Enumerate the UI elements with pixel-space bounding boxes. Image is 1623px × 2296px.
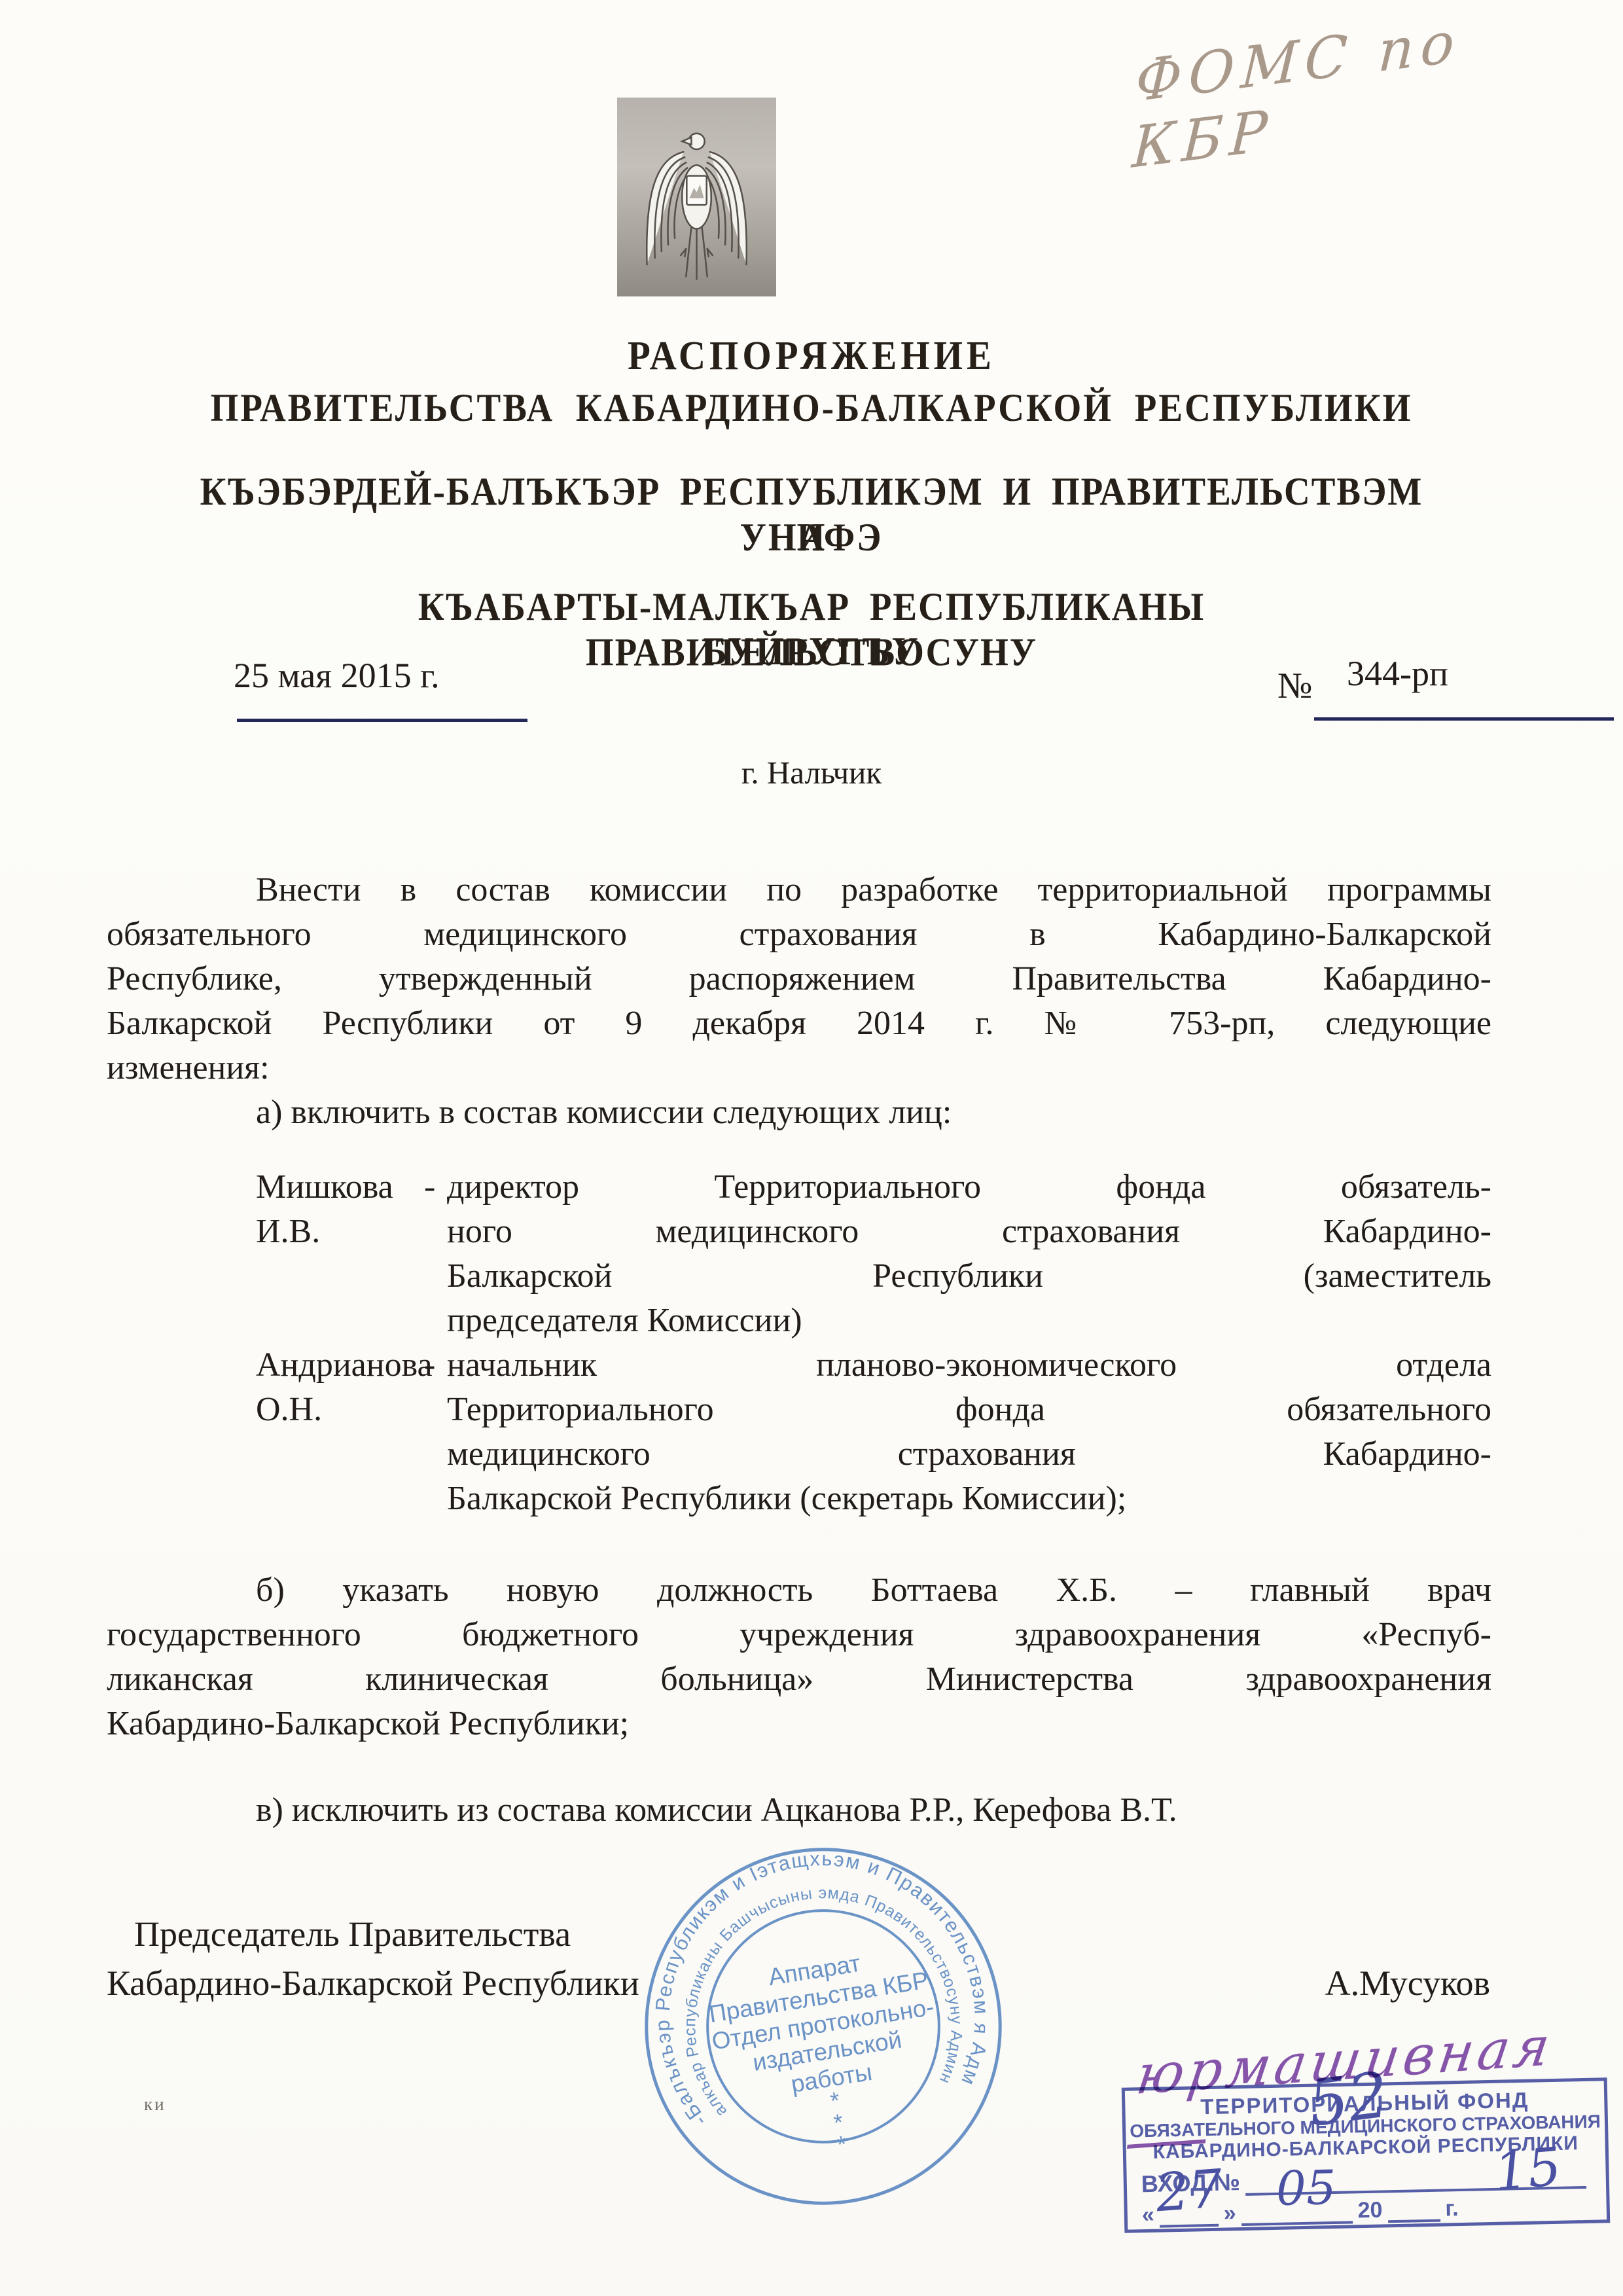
number-underline bbox=[1314, 717, 1614, 721]
member-desc-line: Территориального фонда обязательного bbox=[447, 1388, 1491, 1432]
member-desc-line: директор Территориального фонда обязател… bbox=[447, 1165, 1491, 1210]
clause-b-paragraph: б) указать новую должность Боттаева Х.Б.… bbox=[107, 1568, 1491, 1746]
document-title-org: ПРАВИТЕЛЬСТВА КАБАРДИНО-БАЛКАРСКОЙ РЕСПУ… bbox=[190, 385, 1433, 430]
document-title: РАСПОРЯЖЕНИЕ bbox=[190, 332, 1433, 380]
body-line: государственного бюджетного учреждения з… bbox=[107, 1613, 1491, 1657]
body-line: Республике, утвержденный распоряжением П… bbox=[107, 957, 1491, 1001]
member-desc-line: ного медицинского страхования Кабардино- bbox=[447, 1210, 1491, 1254]
number-sign: № bbox=[1277, 665, 1312, 707]
body-line: Балкарской Республики от 9 декабря 2014 … bbox=[107, 1001, 1491, 1046]
stamp-star: * bbox=[836, 2131, 849, 2159]
body-line: ликанская клиническая больница» Министер… bbox=[107, 1657, 1491, 1702]
member-dash: - bbox=[424, 1165, 447, 1343]
body-line: Кабардино-Балкарской Республики; bbox=[107, 1702, 1491, 1746]
quote-close: » bbox=[1223, 2200, 1236, 2226]
body-line: обязательного медицинского страхования в… bbox=[107, 912, 1491, 957]
handwritten-note-top: ФОМС по КБР bbox=[1130, 0, 1623, 181]
title-kabardian-line2: УНАФЭ bbox=[190, 514, 1433, 560]
intake-stamp: ТЕРРИТОРИАЛЬНЫЙ ФОНД ОБЯЗАТЕЛЬНОГО МЕДИЦ… bbox=[1122, 2077, 1610, 2233]
member-desc-line: председателя Комиссии) bbox=[447, 1299, 1491, 1343]
print-artifact-text: ки bbox=[144, 2094, 166, 2115]
round-government-stamp: Къэбэрдей-Балъкъэр Республикэм и Iэтащхь… bbox=[599, 1797, 1047, 2256]
clause-a-line: а) включить в состав комиссии следующих … bbox=[107, 1090, 1491, 1135]
member-desc-line: медицинского страхования Кабардино- bbox=[447, 1432, 1491, 1477]
member-name: Андрианова О.Н. bbox=[256, 1343, 424, 1521]
signer-name: А.Мусуков bbox=[1325, 1959, 1490, 2008]
body-line: изменения: bbox=[107, 1046, 1491, 1090]
handwritten-month: 05 bbox=[1275, 2160, 1336, 2216]
handwritten-day: 27 bbox=[1154, 2158, 1224, 2223]
handwritten-year: 15 bbox=[1491, 2136, 1563, 2202]
city-line: г. Нальчик bbox=[0, 754, 1623, 791]
body-line: Внести в состав комиссии по разработке т… bbox=[107, 868, 1491, 912]
handwritten-intake-number: 52 bbox=[1304, 2058, 1393, 2140]
year-suffix: г. bbox=[1445, 2196, 1459, 2221]
quote-open: « bbox=[1141, 2202, 1154, 2228]
document-page: ФОМС по КБР bbox=[0, 0, 1623, 2296]
member-description: директор Территориального фонда обязател… bbox=[447, 1165, 1491, 1343]
year-blank bbox=[1387, 2196, 1440, 2223]
member-description: начальник планово-экономического отдела … bbox=[447, 1343, 1491, 1521]
commission-member-row: Андрианова О.Н. - начальник планово-экон… bbox=[107, 1343, 1491, 1521]
document-date: 25 мая 2015 г. bbox=[234, 655, 440, 696]
member-desc-line: Балкарской Республики (секретарь Комисси… bbox=[447, 1477, 1491, 1521]
member-dash: - bbox=[424, 1343, 447, 1521]
member-desc-line: Балкарской Республики (заместитель bbox=[447, 1254, 1491, 1299]
eagle-emblem-graphic bbox=[617, 97, 776, 297]
year-prefix: 20 bbox=[1357, 2197, 1383, 2223]
coat-of-arms-emblem bbox=[617, 97, 776, 297]
date-underline bbox=[237, 719, 527, 722]
document-number: 344-рп bbox=[1347, 653, 1448, 694]
member-desc-line: начальник планово-экономического отдела bbox=[447, 1343, 1491, 1388]
body-line: б) указать новую должность Боттаева Х.Б.… bbox=[107, 1568, 1491, 1613]
member-name: Мишкова И.В. bbox=[256, 1165, 424, 1343]
commission-member-row: Мишкова И.В. - директор Территориального… bbox=[107, 1165, 1491, 1343]
